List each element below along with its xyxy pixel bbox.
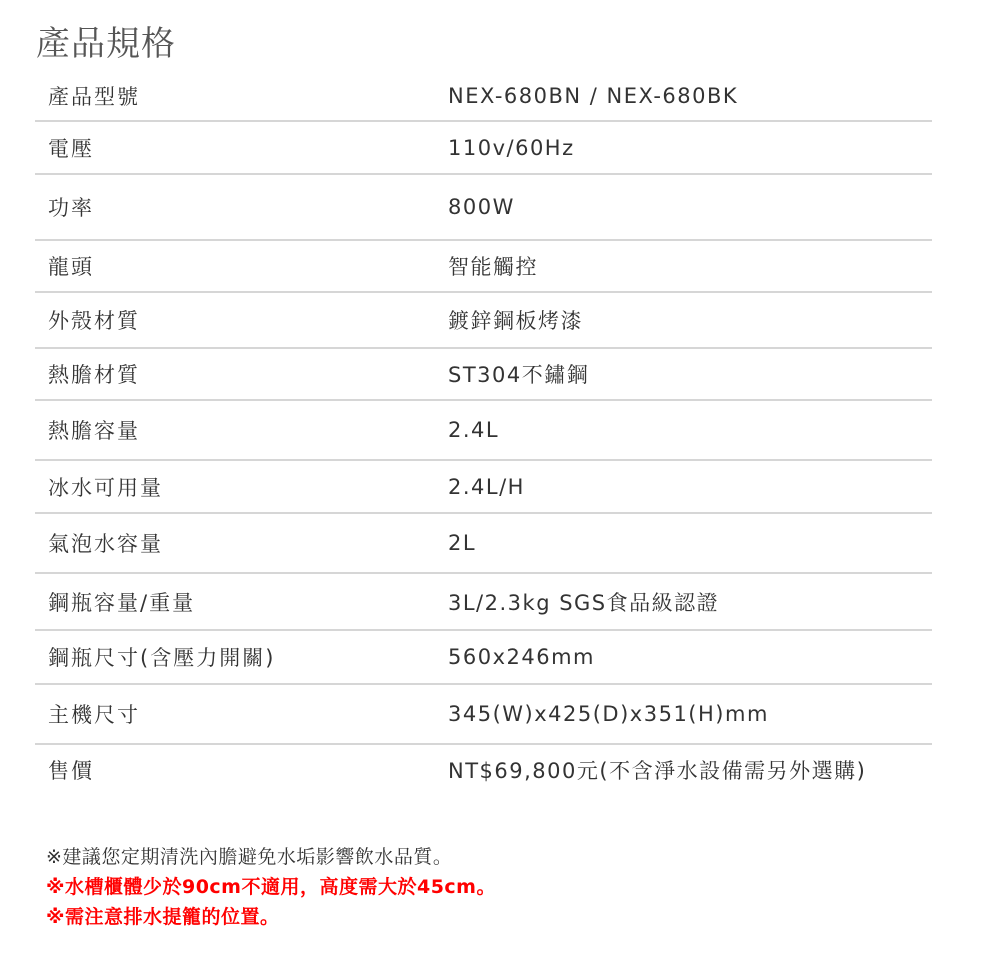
spec-label: 外殼材質 (35, 305, 448, 335)
spec-row: 冰水可用量2.4L/H (35, 461, 932, 514)
spec-label: 熱膽材質 (35, 359, 448, 389)
warning-note: ※水槽櫃體少於90cm不適用，高度需大於45cm。 (46, 872, 496, 902)
spec-value: NEX-680BN / NEX-680BK (448, 84, 932, 108)
spec-label: 主機尺寸 (35, 699, 448, 729)
spec-value: NT$69,800元(不含淨水設備需另外選購) (448, 755, 932, 785)
spec-row: 熱膽容量2.4L (35, 401, 932, 461)
notes-section: ※建議您定期清洗內膽避免水垢影響飲水品質。※水槽櫃體少於90cm不適用，高度需大… (46, 842, 496, 932)
spec-label: 冰水可用量 (35, 472, 448, 502)
spec-label: 龍頭 (35, 251, 448, 281)
spec-value: 560x246mm (448, 645, 932, 669)
spec-row: 熱膽材質ST304不鏽鋼 (35, 349, 932, 401)
spec-label: 氣泡水容量 (35, 528, 448, 558)
spec-row: 鋼瓶尺寸(含壓力開關)560x246mm (35, 631, 932, 685)
spec-value: 800W (448, 195, 932, 219)
spec-row: 氣泡水容量2L (35, 514, 932, 574)
spec-value: 345(W)x425(D)x351(H)mm (448, 702, 932, 726)
spec-row: 龍頭智能觸控 (35, 241, 932, 293)
spec-value: 3L/2.3kg SGS食品級認證 (448, 587, 932, 617)
warning-note: ※需注意排水提籠的位置。 (46, 902, 496, 932)
spec-value: 2.4L/H (448, 475, 932, 499)
spec-label: 售價 (35, 755, 448, 785)
spec-value: 110v/60Hz (448, 136, 932, 160)
spec-value: 智能觸控 (448, 251, 932, 281)
page-title: 產品規格 (36, 20, 176, 68)
spec-row: 電壓110v/60Hz (35, 122, 932, 175)
spec-label: 鋼瓶容量/重量 (35, 587, 448, 617)
spec-value: 2L (448, 531, 932, 555)
spec-label: 熱膽容量 (35, 415, 448, 445)
spec-table: 產品型號NEX-680BN / NEX-680BK電壓110v/60Hz功率80… (35, 72, 932, 795)
spec-label: 鋼瓶尺寸(含壓力開關) (35, 642, 448, 672)
spec-label: 電壓 (35, 133, 448, 163)
spec-label: 產品型號 (35, 81, 448, 111)
spec-value: ST304不鏽鋼 (448, 359, 932, 389)
spec-label: 功率 (35, 192, 448, 222)
care-note: ※建議您定期清洗內膽避免水垢影響飲水品質。 (46, 842, 496, 872)
spec-row: 鋼瓶容量/重量3L/2.3kg SGS食品級認證 (35, 574, 932, 631)
spec-row: 主機尺寸345(W)x425(D)x351(H)mm (35, 685, 932, 745)
spec-row: 產品型號NEX-680BN / NEX-680BK (35, 72, 932, 122)
spec-row: 售價NT$69,800元(不含淨水設備需另外選購) (35, 745, 932, 795)
spec-value: 2.4L (448, 418, 932, 442)
spec-value: 鍍鋅鋼板烤漆 (448, 305, 932, 335)
spec-row: 功率800W (35, 175, 932, 241)
spec-row: 外殼材質鍍鋅鋼板烤漆 (35, 293, 932, 349)
